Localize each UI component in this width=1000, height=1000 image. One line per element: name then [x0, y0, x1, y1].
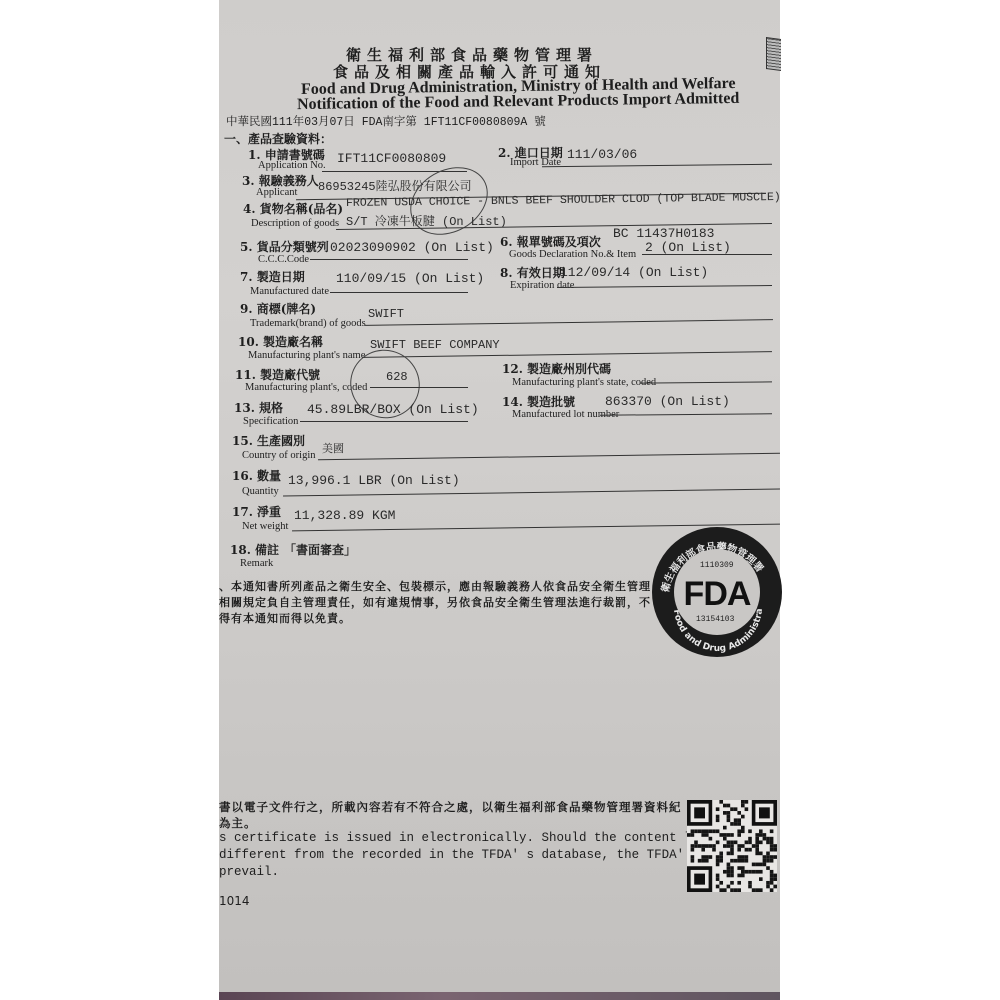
reference-line: 中華民國111年03月07日 FDA南字第 1FT11CF0080809A 號: [226, 113, 546, 129]
corner-stamp-fragment: [766, 37, 781, 71]
notice-line-1: 、本通知書所列產品之衛生安全、包裝標示，應由報驗義務人依食品安全衛生管理: [219, 578, 651, 594]
import-date: 111/03/06: [567, 147, 637, 162]
application-number: IFT11CF0080809: [337, 151, 446, 166]
lot-number: 863370 (On List): [605, 394, 730, 409]
expiration-date: 112/09/14 (On List): [560, 265, 708, 280]
field-7-label-en: Manufactured date: [250, 286, 329, 297]
footer-zh-line-2: 為主。: [219, 815, 257, 831]
field-16-label-zh: 16. 數量: [232, 467, 281, 484]
field-7-underline: [330, 292, 468, 293]
specification-value: 45.89LBR/BOX (On List): [307, 402, 479, 417]
fda-logo-text: FDA: [680, 575, 754, 614]
field-5-label-en: C.C.C.Code: [258, 254, 309, 265]
field-9-label-zh: 9. 商標(牌名): [240, 300, 316, 317]
field-4-label-zh: 4. 貨物名稱(品名): [243, 200, 343, 217]
remark-value: 「書面審查」: [284, 541, 356, 558]
field-7-label-zh: 7. 製造日期: [240, 268, 305, 285]
net-weight-value: 11,328.89 KGM: [294, 508, 395, 523]
field-5-underline: [310, 259, 468, 260]
section-heading: 一、產品查驗資料：: [224, 130, 332, 147]
goods-declaration-number: BC 11437H0183: [613, 226, 714, 241]
field-15-label-en: Country of origin: [242, 450, 316, 461]
field-6-label-en: Goods Declaration No.& Item: [509, 249, 636, 260]
field-12-label-en: Manufacturing plant's state, coded: [512, 377, 656, 388]
form-code: 1014: [219, 894, 250, 908]
qr-code-icon: [687, 800, 777, 892]
field-4-label-en: Description of goods: [251, 218, 339, 229]
field-10-label-en: Manufacturing plant's name: [248, 350, 365, 361]
field-11-label-zh: 11. 製造廠代號: [235, 366, 320, 383]
footer-en-line-2: different from the recorded in the TFDA'…: [219, 848, 767, 862]
field-10-label-zh: 10. 製造廠名稱: [238, 333, 323, 350]
quantity-value: 13,996.1 LBR (On List): [288, 473, 460, 488]
goods-declaration-item: 2 (On List): [645, 240, 731, 255]
field-3-label-en: Applicant: [256, 187, 297, 198]
fda-seal-center: 1110309 FDA 13154103: [674, 549, 760, 635]
footer-en-line-3: prevail.: [219, 865, 279, 879]
field-9-label-en: Trademark(brand) of goods: [250, 318, 366, 329]
stamp-code-top: 1110309: [700, 561, 734, 570]
fda-seal-stamp: 衛生福利部食品藥物管理署 Food and Drug Administratio…: [652, 527, 782, 657]
trademark-value: SWIFT: [368, 307, 404, 321]
field-6-label-zh: 6. 報單號碼及項次: [500, 233, 601, 250]
country-of-origin: 美國: [322, 440, 344, 456]
notice-line-3: 得有本通知而得以免責。: [219, 610, 351, 626]
field-18-label-en: Remark: [240, 558, 273, 569]
field-8-label-zh: 8. 有效日期: [500, 264, 565, 281]
field-5-label-zh: 5. 貨品分類號列: [240, 238, 329, 255]
field-13-label-en: Specification: [243, 416, 298, 427]
field-17-label-en: Net weight: [242, 521, 288, 532]
field-17-label-zh: 17. 淨重: [232, 503, 281, 520]
field-16-label-en: Quantity: [242, 486, 279, 497]
manufactured-date: 110/09/15 (On List): [336, 271, 484, 286]
field-13-underline: [300, 421, 468, 422]
field-13-label-zh: 13. 規格: [234, 399, 283, 416]
ccc-code: 02023090902 (On List): [330, 240, 494, 255]
field-18-label-zh: 18. 備註: [230, 541, 279, 558]
field-11-underline: [370, 387, 468, 388]
field-6-underline: [642, 254, 772, 255]
field-1-label-en: Application No.: [258, 160, 326, 171]
field-15-label-zh: 15. 生產國別: [232, 432, 305, 449]
field-14-label-zh: 14. 製造批號: [502, 393, 575, 410]
notice-line-2: 相關規定負自主管理責任，如有違規情事，另依食品安全衛生管理法進行裁罰，不: [219, 594, 651, 610]
field-12-label-zh: 12. 製造廠州別代碼: [502, 360, 611, 377]
background-surface: [219, 992, 780, 1000]
stamp-code-bottom: 13154103: [696, 615, 734, 624]
field-8-label-en: Expiration date: [510, 280, 574, 291]
footer-zh-line-1: 書以電子文件行之，所載內容若有不符合之處，以衛生福利部食品藥物管理署資料紀: [219, 799, 682, 815]
